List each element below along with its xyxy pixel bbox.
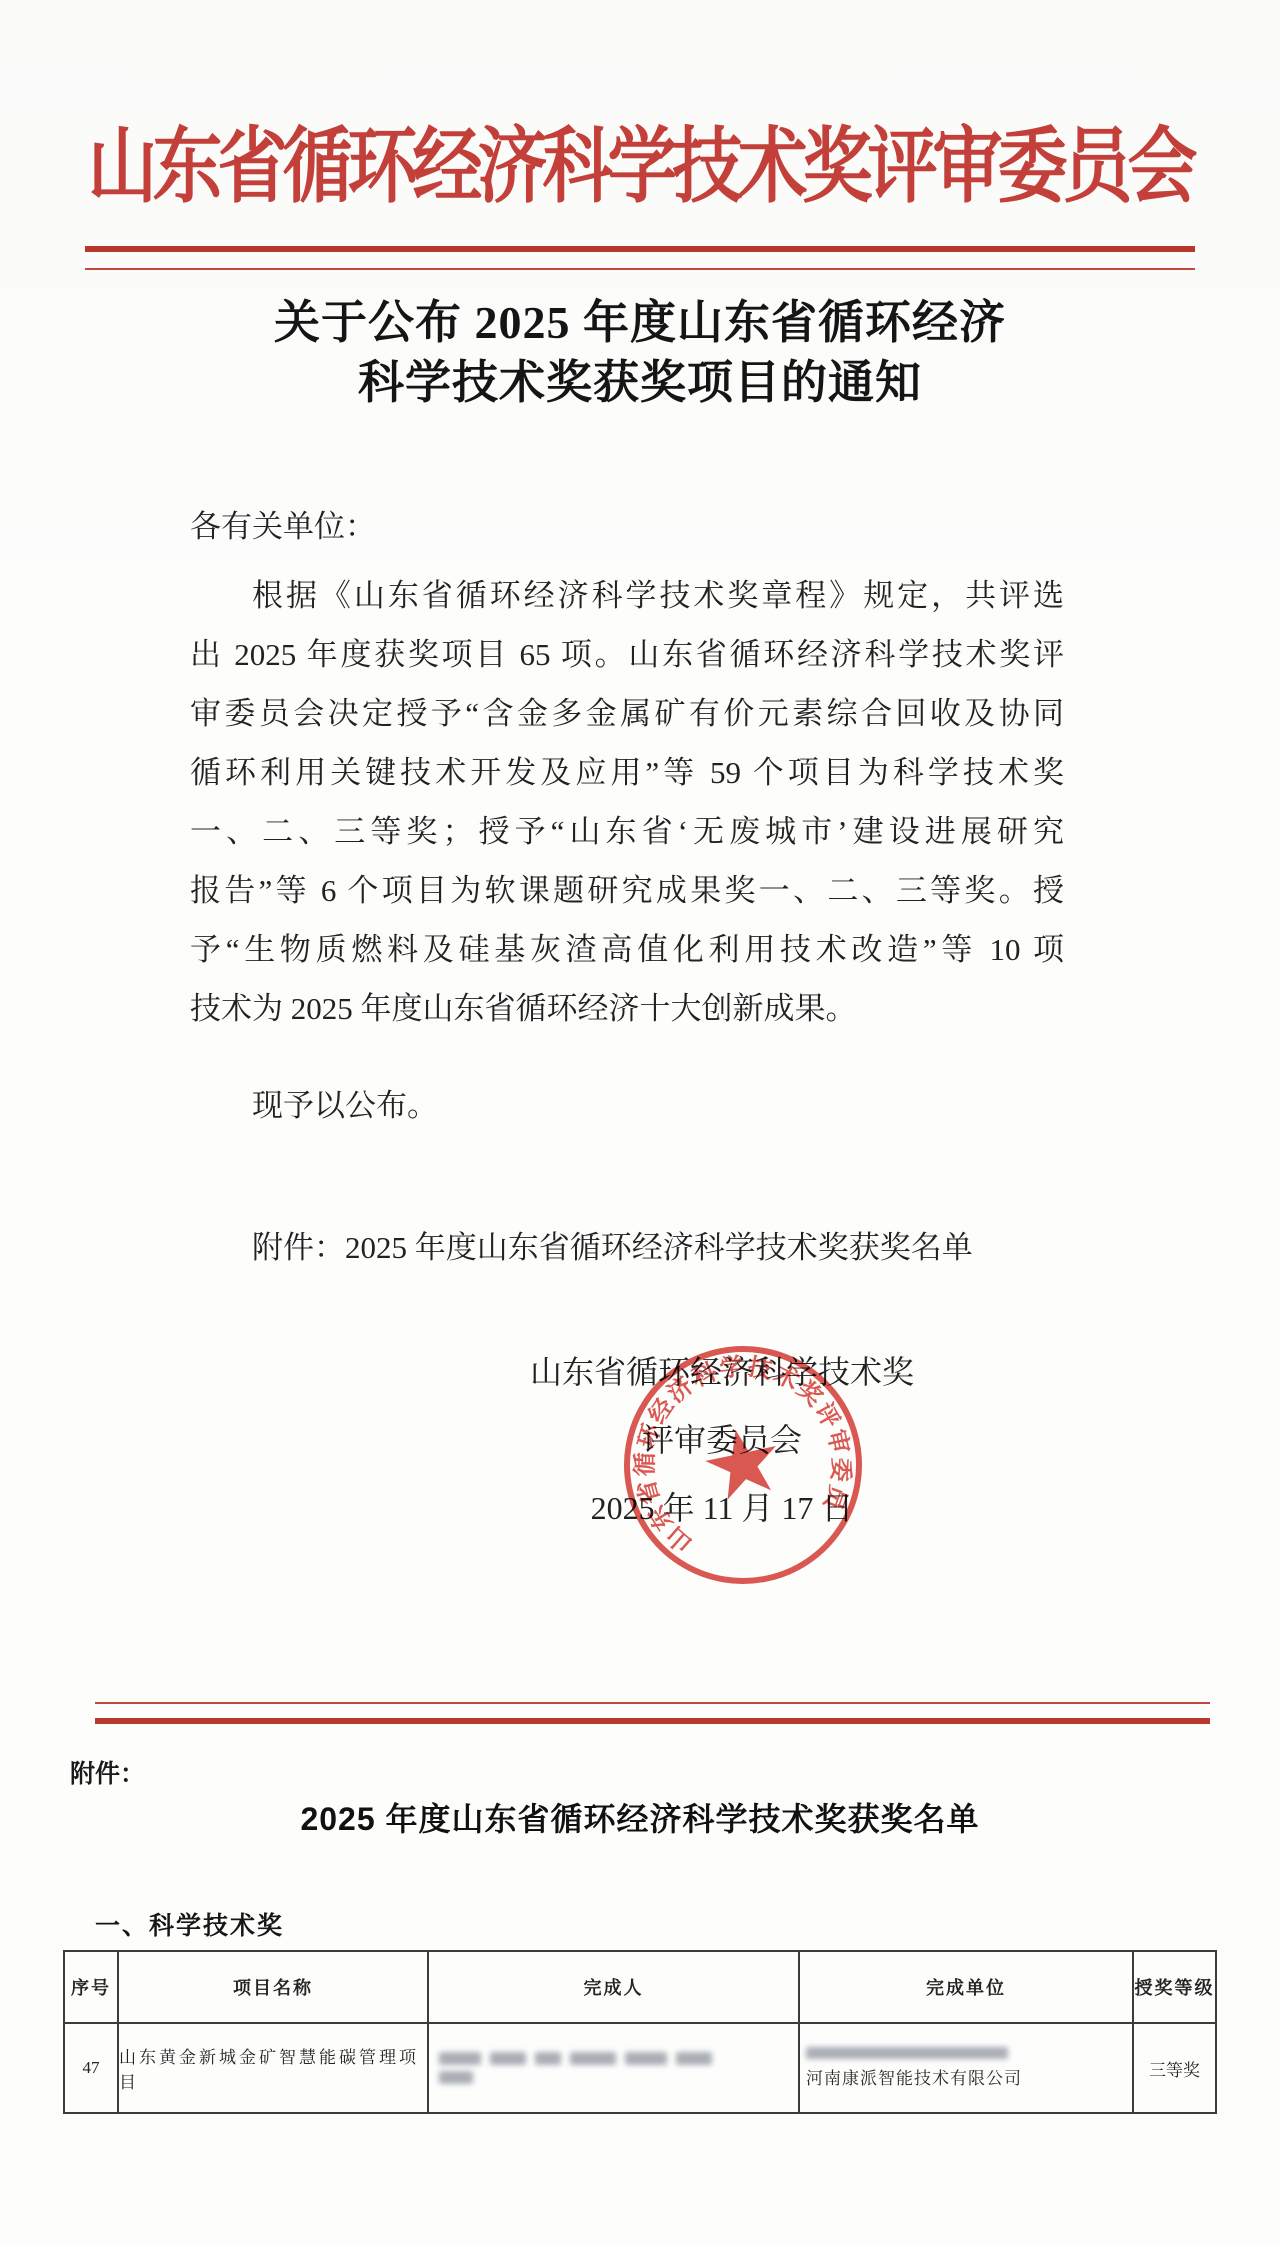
letterhead-committee-name: 山东省循环经济科学技术奖评审委员会 bbox=[0, 100, 1280, 219]
doc-title-line2: 科学技术奖获奖项目的通知 bbox=[0, 346, 1280, 412]
col-header-award-grade: 授奖等级 bbox=[1133, 1951, 1216, 2023]
letterhead-rule-thin bbox=[85, 268, 1195, 270]
attachment-rule-thin bbox=[95, 1702, 1210, 1704]
col-header-project: 项目名称 bbox=[118, 1951, 428, 2023]
paragraph-line: 予“生物质燃料及硅基灰渣高值化利用技术改造”等 10 项 bbox=[190, 920, 1064, 979]
table-row: 47 山东黄金新城金矿智慧能碳管理项目 河南康派智能技术有限公司 bbox=[64, 2023, 1216, 2113]
col-header-serial: 序号 bbox=[64, 1951, 118, 2023]
paragraph-line: 出 2025 年度获奖项目 65 项。山东省循环经济科学技术奖评 bbox=[190, 625, 1064, 684]
paragraph-line: 报告”等 6 个项目为软课题研究成果奖一、二、三等奖。授 bbox=[190, 861, 1064, 920]
paragraph-line: 循环利用关键技术开发及应用”等 59 个项目为科学技术奖 bbox=[190, 743, 1064, 802]
section-heading-science-tech-award: 一、科学技术奖 bbox=[95, 1906, 284, 1942]
cell-serial: 47 bbox=[64, 2023, 118, 2113]
paragraph-line: 审委员会决定授予“含金多金属矿有价元素综合回收及协同 bbox=[190, 684, 1064, 743]
redacted-unit-blur-line bbox=[806, 2047, 1008, 2059]
redacted-names-blur-line1 bbox=[439, 2052, 712, 2065]
table-header-row: 序号 项目名称 完成人 完成单位 授奖等级 bbox=[64, 1951, 1216, 2023]
attachment-label: 附件： bbox=[70, 1754, 145, 1790]
cell-completers bbox=[428, 2023, 799, 2113]
scanned-notice-document: 山东省循环经济科学技术奖评审委员会 关于公布 2025 年度山东省循环经济 科学… bbox=[0, 0, 1280, 2246]
awards-table: 序号 项目名称 完成人 完成单位 授奖等级 47 山东黄金新城金矿智慧能碳管理项… bbox=[63, 1950, 1217, 2114]
redacted-names-blur-line2 bbox=[439, 2071, 473, 2084]
salutation: 各有关单位： bbox=[190, 497, 1064, 556]
letterhead-rule-thick bbox=[85, 246, 1195, 252]
paragraph-line: 一、二、三等奖；授予“山东省‘无废城市’建设进展研究 bbox=[190, 802, 1064, 861]
unit-name-text: 河南康派智能技术有限公司 bbox=[806, 2064, 1022, 2089]
attachment-ref-line: 附件：2025 年度山东省循环经济科学技术奖获奖名单 bbox=[252, 1218, 1126, 1277]
paragraph-line: 根据《山东省循环经济科学技术奖章程》规定，共评选 bbox=[190, 566, 1064, 625]
col-header-unit: 完成单位 bbox=[799, 1951, 1133, 2023]
publish-line: 现予以公布。 bbox=[252, 1076, 1126, 1135]
paragraph-line: 技术为 2025 年度山东省循环经济十大创新成果。 bbox=[190, 979, 1064, 1038]
attachment-title: 2025 年度山东省循环经济科学技术奖获奖名单 bbox=[0, 1794, 1280, 1840]
cell-award-grade: 三等奖 bbox=[1133, 2023, 1216, 2113]
doc-title-line1: 关于公布 2025 年度山东省循环经济 bbox=[0, 286, 1280, 352]
attachment-rule-thick bbox=[95, 1718, 1210, 1724]
seal-star bbox=[700, 1422, 784, 1502]
col-header-completers: 完成人 bbox=[428, 1951, 799, 2023]
cell-project-name: 山东黄金新城金矿智慧能碳管理项目 bbox=[118, 2023, 428, 2113]
official-seal: 山东省循环经济科学技术奖评审委员会 bbox=[588, 1310, 899, 1621]
cell-unit: 河南康派智能技术有限公司 bbox=[799, 2023, 1133, 2113]
